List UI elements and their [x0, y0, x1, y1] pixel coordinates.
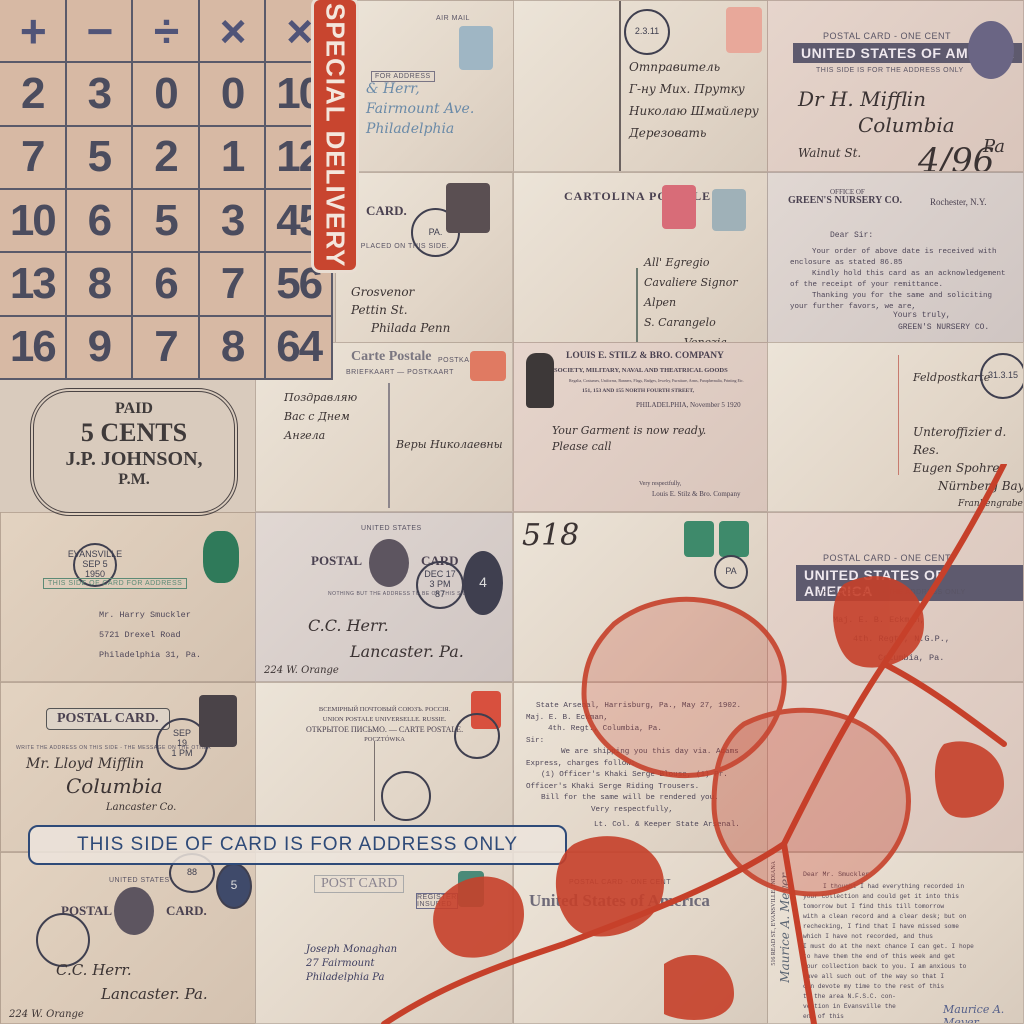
paid-line: PAID — [34, 400, 234, 418]
portrait-icon — [114, 887, 154, 935]
address-line: 4th. Regt., N.G.P., — [833, 630, 950, 649]
number-cell: 64 — [266, 317, 333, 380]
address-line: Lancaster. Pa. — [308, 639, 464, 665]
letter-line: Officer's Khaki Serge Riding Trousers. — [526, 782, 741, 794]
number-cell: 10 — [0, 190, 67, 253]
letter-line: (1) Officer's Khaki Serge Blouse, (1) Pr… — [526, 770, 741, 782]
letter-line: to the area N.F.S.C. con- — [803, 992, 974, 1002]
card-header: Carte Postale — [351, 349, 431, 365]
address-note: THIS SIDE OF CARD FOR ADDRESS — [43, 578, 187, 589]
postmark: PA — [714, 555, 748, 589]
number-cell: 8 — [200, 317, 267, 380]
card-header-line: UNION POSTALE UNIVERSELLE. RUSSIE. — [306, 715, 463, 725]
address-line: 27 Fairmount — [306, 957, 397, 971]
address-note: THIS SIDE IS FOR THE ADDRESS ONLY — [818, 589, 966, 596]
postmaster-title: P.M. — [34, 471, 234, 489]
card-us-america-script: POSTAL CARD - ONE CENT United States of … — [513, 852, 768, 1024]
registered-tag: REGISTERED INSURED — [416, 893, 458, 909]
card-header: POSTAL CARD - ONE CENT — [569, 879, 671, 886]
card-greens-nursery: OFFICE OF GREEN'S NURSERY CO. Rochester,… — [767, 172, 1024, 344]
letter-line: I thought I had everything recorded in — [803, 882, 974, 892]
card-us-pa: CARD. BE PLACED ON THIS SIDE. PA. Grosve… — [335, 172, 513, 344]
handwritten-date: 4/96 — [918, 141, 994, 172]
stamp-icon — [712, 189, 746, 231]
address-line: Дерезовать — [629, 122, 759, 144]
address-line: Joseph Monaghan — [306, 943, 397, 957]
goods: SOCIETY, MILITARY, NAVAL AND THEATRICAL … — [554, 367, 728, 374]
operator-cell: × — [200, 0, 267, 63]
letter-line: your collection back to you. I am anxiou… — [803, 962, 974, 972]
body-line: of the receipt of your remittance. — [790, 280, 1006, 291]
card-us-postal-1896: POSTAL CARD - ONE CENT UNITED STATES OF … — [767, 0, 1024, 172]
closing: Yours truly, — [893, 311, 951, 320]
postmark: DEC 173 PM87 — [416, 561, 464, 609]
city: Rochester, N.Y. — [930, 197, 986, 207]
street-line: Walnut St. — [798, 146, 861, 160]
address-note: THIS SIDE IS FOR THE ADDRESS ONLY — [816, 67, 964, 74]
address-line: Веры Николаевны — [396, 438, 503, 451]
address-line: 5721 Drexel Road — [99, 625, 201, 645]
address-line: C.C. Herr. — [308, 613, 464, 639]
address-line: Philada Penn — [351, 319, 450, 337]
postal-label: POSTAL — [311, 553, 362, 569]
number-cell: 7 — [133, 317, 200, 380]
card-airmail: AIR MAIL FOR ADDRESS & Herr, Fairmount A… — [340, 0, 515, 172]
signature: Maurice A. Meyer — [943, 1003, 1023, 1024]
address-line: Philadelphia 31, Pa. — [99, 645, 201, 665]
card-cartolina: CARTOLINA POSTALE All' Egregio Cavaliere… — [513, 172, 768, 344]
card-header: POSTAL CARD - ONE CENT — [823, 553, 951, 563]
message-line: Ангела — [284, 426, 357, 445]
address-line: Pettin St. — [351, 301, 450, 319]
address-line: Николаю Шмайлеру — [629, 100, 759, 122]
card-cleveland: UNITED STATES POSTAL CARD NOTHING BUT TH… — [255, 512, 513, 682]
paid-amount: 5 CENTS — [34, 418, 234, 448]
card-meyer-letter: 516 READ ST., EVANSVILLE, INDIANA Mauric… — [767, 852, 1024, 1024]
letter-line: Bill for the same will be rendered you. — [526, 793, 741, 805]
letter-line: Express, charges follow: — [526, 759, 741, 771]
operator-cell: ÷ — [133, 0, 200, 63]
number-cell: 3 — [200, 190, 267, 253]
cancel-mark: 4 — [463, 551, 503, 615]
company-name: GREEN'S NURSERY CO. — [788, 195, 902, 206]
address-line: Columbia, Pa. — [833, 649, 950, 668]
number-cell: 7 — [200, 253, 267, 316]
postmark: 2.3.11 — [624, 9, 670, 55]
special-delivery-label: SPECIAL DELIVERY — [314, 0, 356, 270]
letterhead-vertical: 516 READ ST., EVANSVILLE, INDIANA — [771, 861, 777, 966]
postmark — [381, 771, 431, 821]
signature: Lt. Col. & Keeper State Arsenal. — [594, 821, 740, 829]
address-line: Eugen Spohrer — [913, 459, 1024, 477]
signature: GREEN'S NURSERY CO. — [898, 323, 989, 332]
street-address: 151, 153 AND 155 NORTH FOURTH STREET, — [582, 388, 694, 394]
card-header: POSTAL CARD - ONE CENT — [823, 31, 951, 41]
portrait-icon — [369, 539, 409, 587]
letter-line: Sir: — [526, 736, 741, 748]
letter-line: State Arsenal, Harrisburg, Pa., May 27, … — [526, 701, 741, 713]
message-line: Please call — [552, 439, 706, 455]
letterhead-name: Maurice A. Meyer — [778, 873, 792, 983]
stamp-icon — [726, 7, 762, 53]
number-cell: 7 — [0, 127, 67, 190]
body-line: Your order of above date is received wit… — [790, 247, 1006, 258]
paid-5-cents-stamp: PAID 5 CENTS J.P. JOHNSON, P.M. — [30, 388, 238, 516]
stamp-icon — [968, 21, 1014, 79]
us-banner: United States of America — [529, 891, 710, 911]
stamp-icon — [203, 531, 239, 583]
street-line: 224 W. Orange — [264, 665, 339, 676]
card-label: CARD. — [166, 903, 207, 919]
letter-line: with a clean record and a clear desk; bu… — [803, 912, 974, 922]
card-header: UNITED STATES — [361, 525, 422, 532]
number-cell: 16 — [0, 317, 67, 380]
address-line: Mr. Harry Smuckler — [99, 605, 201, 625]
body-line: Thanking you for the same and soliciting — [790, 291, 1006, 302]
number-cell: 9 — [67, 317, 134, 380]
card-lancaster-green: 518 PA — [513, 512, 768, 682]
operator-cell: − — [67, 0, 134, 63]
street-line: 224 W. Orange — [9, 1009, 84, 1020]
address-line: Unteroffizier d. Res. — [913, 423, 1024, 459]
airmail-label: AIR MAIL — [436, 15, 470, 22]
cancel-mark: 5 — [216, 863, 252, 909]
letter-line: We are shipping you this day via. Adams — [526, 747, 741, 759]
number-cell: 8 — [67, 253, 134, 316]
letter-line: can devote my time to the rest of this — [803, 982, 974, 992]
card-header-line: ОТКРЫТОЕ ПИСЬМО. — CARTE POSTALE. — [306, 725, 463, 735]
address-line: Grosvenor — [351, 283, 450, 301]
address-line: & Herr, — [366, 79, 474, 99]
card-sub: BRIEFKAART — POSTKAART — [346, 369, 454, 376]
card-header: POST CARD — [314, 875, 404, 893]
stamp-icon — [458, 871, 484, 907]
address-line: Cavaliere Signor Alpen — [644, 273, 767, 313]
salutation: Dear Sir: — [830, 231, 873, 240]
message-line: Your Garment is now ready. — [552, 423, 706, 439]
letter-line: tomorrow but I find this till tomorrow — [803, 902, 974, 912]
stamp-icon — [662, 185, 696, 229]
closing: Very respectfully, — [639, 481, 681, 487]
card-lancaster-88: UNITED STATES POSTAL CARD. 88 5 C.C. Her… — [0, 852, 256, 1024]
stamp-icon — [470, 351, 506, 381]
letter-line: have all such out of the way so that I — [803, 972, 974, 982]
stamp-icon — [684, 521, 714, 557]
letter-line: your collection and could get it into th… — [803, 892, 974, 902]
number-cell: 6 — [133, 253, 200, 316]
number-cell: 3 — [67, 63, 134, 126]
card-header-line: ВСЕМIРНЫЙ ПОЧТОВЫЙ СОЮЗЪ. РОССIЯ. — [306, 705, 463, 715]
goods-list: Regalia, Costumes, Uniforms, Banners, Fl… — [569, 378, 764, 383]
card-eckman-1: POSTAL CARD - ONE CENT UNITED STATES OF … — [767, 512, 1024, 682]
address-line: C.C. Herr. — [56, 958, 208, 982]
address-line: Dr H. Mifflin — [798, 86, 955, 112]
postmaster-name: J.P. JOHNSON, — [34, 448, 234, 471]
card-eckman-2 — [767, 682, 1024, 852]
address-line: Fairmount Ave. — [366, 99, 474, 119]
number-cell: 5 — [133, 190, 200, 253]
card-header: POSTAL CARD. — [46, 708, 170, 730]
number-cell: 1 — [200, 127, 267, 190]
card-header: UNITED STATES — [109, 877, 170, 884]
postcard-collage: AIR MAIL FOR ADDRESS & Herr, Fairmount A… — [0, 0, 1024, 1024]
address-line: Frankengraben — [913, 495, 1024, 512]
address-line: Nürnberg Bay. — [913, 477, 1024, 495]
letter-line: 4th. Regt., Columbia, Pa. — [526, 724, 741, 736]
number-cell: 0 — [133, 63, 200, 126]
letter-line: Very respectfully, — [526, 805, 741, 817]
address-line: Columbia — [798, 112, 955, 138]
address-line: Г-ну Мих. Прутку — [629, 78, 759, 100]
number-cell: 13 — [0, 253, 67, 316]
card-header: Feldpostkarte — [913, 371, 990, 384]
postmark — [454, 713, 500, 759]
address-line: S. Carangelo — [644, 313, 767, 333]
card-monaghan: POST CARD REGISTERED INSURED Joseph Mona… — [255, 852, 513, 1024]
message-line: Вас с Днем — [284, 407, 357, 426]
body-line: enclosure as stated 86.85 — [790, 258, 1006, 269]
address-line: Philadelphia Pa — [306, 971, 397, 985]
operator-cell: + — [0, 0, 67, 63]
letter-line: which I have not recorded, and thus — [803, 932, 974, 942]
address-line: All' Egregio — [644, 253, 767, 273]
card-russian-1: 2.3.11 Отправитель Г-ну Мих. Прутку Нико… — [513, 0, 768, 172]
letter-line: rechecking, I find that I have missed so… — [803, 922, 974, 932]
card-stilz: LOUIS E. STILZ & BRO. COMPANY SOCIETY, M… — [513, 342, 768, 512]
arithmetic-number-grid: +−÷××230010752112106534513867561697864 — [0, 0, 333, 380]
number-cell: 2 — [0, 63, 67, 126]
address-line: Columbia — [26, 775, 176, 797]
card-evansville: EVANSVILLESEP 51950 THIS SIDE OF CARD FO… — [0, 512, 256, 682]
stamp-icon — [459, 26, 493, 70]
address-line: Philadelphia — [366, 119, 474, 139]
letter-line: I must do at the next chance I can get. … — [803, 942, 974, 952]
stamp-icon — [446, 183, 490, 233]
address-line: Mr. Lloyd Mifflin — [26, 753, 176, 775]
stamp-icon — [719, 521, 749, 557]
postmark: 31.3.15 — [980, 353, 1024, 399]
letter-line: to have them the end of this week and ge… — [803, 952, 974, 962]
signature: Louis E. Stilz & Bro. Company — [652, 490, 740, 498]
card-header: CARD. — [366, 203, 407, 219]
number-cell: 6 — [67, 190, 134, 253]
number-cell: 0 — [200, 63, 267, 126]
number-cell: 2 — [133, 127, 200, 190]
dateline: PHILADELPHIA, November 5 1920 — [636, 401, 741, 409]
address-line: Maj. E. B. Eckman, — [833, 611, 950, 630]
address-line: Отправитель — [629, 56, 759, 78]
address-line: Lancaster Co. — [26, 797, 176, 819]
body-line: Kindly hold this card as an acknowledgem… — [790, 269, 1006, 280]
message-line: Поздравляю — [284, 388, 357, 407]
stamp-icon — [199, 695, 237, 747]
company-name: LOUIS E. STILZ & BRO. COMPANY — [566, 351, 724, 361]
card-feldpost: Feldpostkarte 31.3.15 Unteroffizier d. R… — [767, 342, 1024, 512]
salutation: Dear Mr. Smuckler — [803, 871, 869, 878]
number-cell: 5 — [67, 127, 134, 190]
address-line: Lancaster. Pa. — [56, 982, 208, 1006]
address-only-banner: THIS SIDE OF CARD IS FOR ADDRESS ONLY — [28, 825, 567, 865]
card-header-line: POCZTÓWKA — [306, 735, 463, 745]
knight-illustration-icon — [526, 353, 554, 408]
letter-line: Maj. E. B. Eckman, — [526, 713, 741, 725]
